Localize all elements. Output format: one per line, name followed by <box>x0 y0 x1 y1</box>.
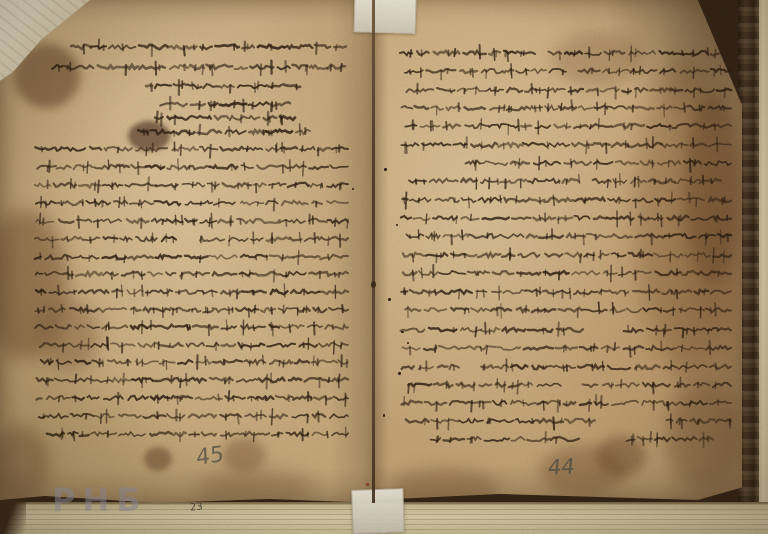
spine-tape-top <box>354 0 417 34</box>
spine-tape-bottom <box>351 488 405 534</box>
manuscript-photo: 45 44 23 РНБ <box>0 0 768 534</box>
stain <box>0 425 50 503</box>
stain <box>540 446 626 496</box>
stain <box>552 33 644 87</box>
stain <box>222 438 266 472</box>
stain <box>128 121 170 151</box>
binding-thread-knot <box>371 281 376 288</box>
stain <box>40 300 100 370</box>
left-page <box>0 0 375 503</box>
page-shading <box>0 0 375 503</box>
stain <box>144 447 172 471</box>
stain <box>684 95 742 285</box>
page-shading <box>374 0 742 500</box>
right-page <box>374 0 742 500</box>
page-spine <box>372 0 375 503</box>
stain <box>596 436 646 476</box>
stain <box>666 380 742 490</box>
stain <box>636 55 736 375</box>
backdrop-corner-wedge <box>0 498 26 534</box>
stain <box>0 210 68 360</box>
